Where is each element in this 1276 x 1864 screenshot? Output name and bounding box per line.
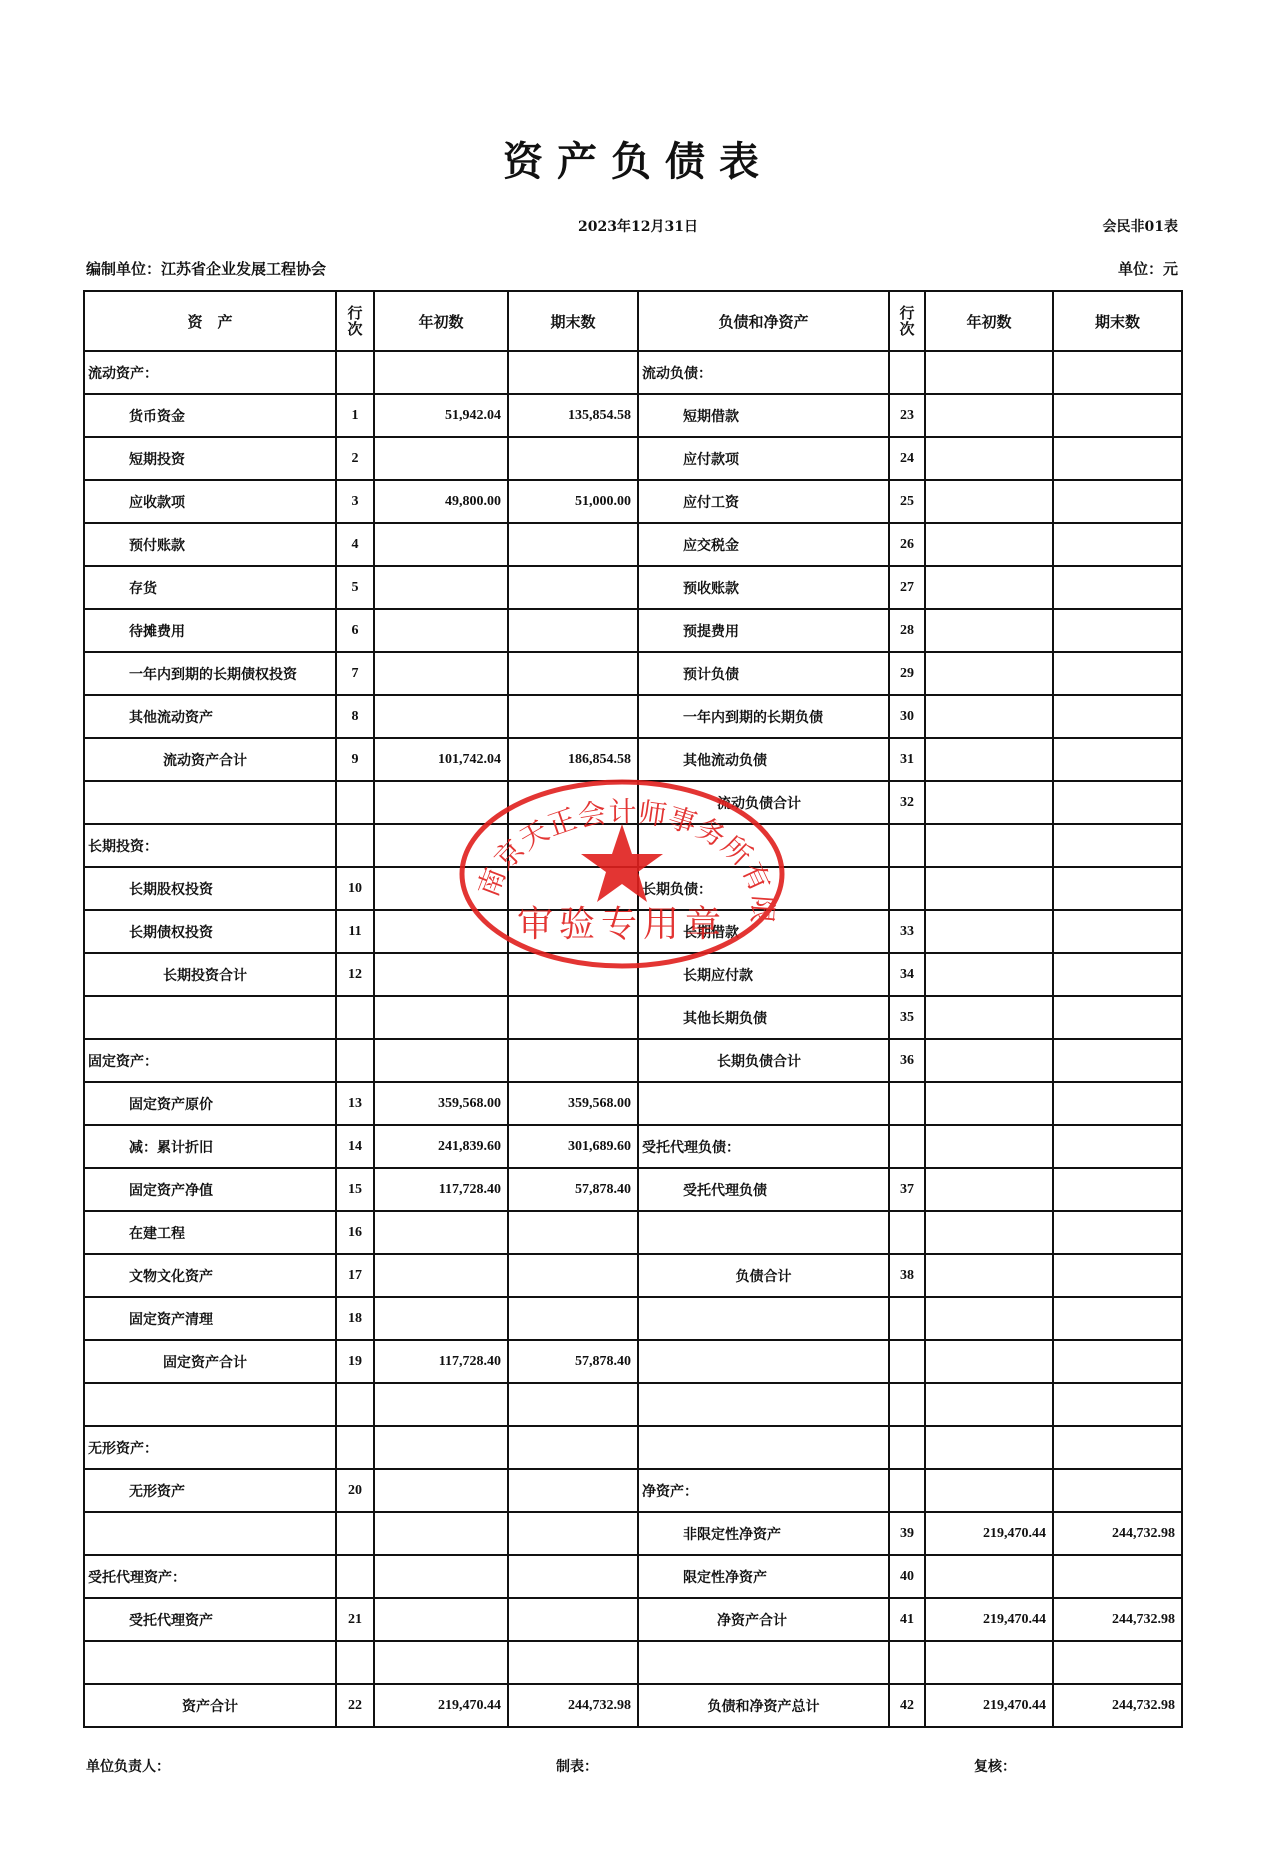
table-row: 固定资产净值15117,728.4057,878.40受托代理负债37 [84, 1168, 1182, 1211]
row-number [336, 1512, 374, 1555]
closing-value: 244,732.98 [508, 1684, 638, 1727]
opening-value [374, 824, 508, 867]
row-number [889, 1469, 925, 1512]
row-number [336, 781, 374, 824]
closing-value [508, 695, 638, 738]
opening-value [374, 1297, 508, 1340]
row-number [889, 351, 925, 394]
row-number [889, 1340, 925, 1383]
closing-value [508, 351, 638, 394]
row-number: 29 [889, 652, 925, 695]
table-row: 受托代理资产：限定性净资产40 [84, 1555, 1182, 1598]
opening-value [925, 351, 1053, 394]
row-number [889, 1383, 925, 1426]
row-number [889, 1211, 925, 1254]
closing-value [508, 824, 638, 867]
liability-label: 长期应付款 [638, 953, 889, 996]
asset-label: 无形资产 [84, 1469, 336, 1512]
liability-label: 应付工资 [638, 480, 889, 523]
opening-value [925, 523, 1053, 566]
table-row: 长期股权投资10长期负债： [84, 867, 1182, 910]
opening-value [374, 1512, 508, 1555]
closing-value [508, 523, 638, 566]
row-number: 23 [889, 394, 925, 437]
table-row: 固定资产：长期负债合计36 [84, 1039, 1182, 1082]
table-row: 存货5预收账款27 [84, 566, 1182, 609]
opening-value [925, 996, 1053, 1039]
liability-label: 流动负债： [638, 351, 889, 394]
closing-value [1053, 394, 1182, 437]
closing-value [508, 652, 638, 695]
opening-value [925, 1340, 1053, 1383]
liability-label: 应交税金 [638, 523, 889, 566]
asset-label: 文物文化资产 [84, 1254, 336, 1297]
row-number: 11 [336, 910, 374, 953]
opening-value [374, 1426, 508, 1469]
opening-value [925, 953, 1053, 996]
closing-value [1053, 738, 1182, 781]
opening-value [374, 1211, 508, 1254]
opening-value [374, 867, 508, 910]
header-closing: 期末数 [1053, 291, 1182, 351]
table-row: 固定资产原价13359,568.00359,568.00 [84, 1082, 1182, 1125]
liability-label: 应付款项 [638, 437, 889, 480]
row-number: 4 [336, 523, 374, 566]
row-number: 12 [336, 953, 374, 996]
opening-value: 219,470.44 [374, 1684, 508, 1727]
liability-label [638, 1641, 889, 1684]
header-row-no-text: 行 次 [343, 305, 367, 337]
row-number: 9 [336, 738, 374, 781]
closing-value [1053, 1211, 1182, 1254]
opening-value [925, 437, 1053, 480]
closing-value [1053, 1426, 1182, 1469]
closing-value [1053, 910, 1182, 953]
asset-label: 长期股权投资 [84, 867, 336, 910]
row-number [336, 1383, 374, 1426]
asset-label: 固定资产原价 [84, 1082, 336, 1125]
closing-value: 135,854.58 [508, 394, 638, 437]
closing-value [1053, 1641, 1182, 1684]
row-number: 22 [336, 1684, 374, 1727]
table-row: 货币资金151,942.04135,854.58短期借款23 [84, 394, 1182, 437]
asset-label [84, 1383, 336, 1426]
row-number [889, 1426, 925, 1469]
row-number: 28 [889, 609, 925, 652]
asset-label [84, 781, 336, 824]
closing-value [508, 1383, 638, 1426]
asset-label: 长期债权投资 [84, 910, 336, 953]
opening-value [925, 394, 1053, 437]
table-row [84, 1383, 1182, 1426]
header-row-no: 行 次 [336, 291, 374, 351]
row-number: 17 [336, 1254, 374, 1297]
table-row: 其他流动资产8一年内到期的长期负债30 [84, 695, 1182, 738]
header-assets: 资 产 [84, 291, 336, 351]
row-number: 20 [336, 1469, 374, 1512]
asset-label [84, 1512, 336, 1555]
table-row: 其他长期负债35 [84, 996, 1182, 1039]
closing-value [508, 1426, 638, 1469]
liability-label: 流动负债合计 [638, 781, 889, 824]
closing-value [508, 910, 638, 953]
row-number: 13 [336, 1082, 374, 1125]
row-number: 10 [336, 867, 374, 910]
row-number [336, 996, 374, 1039]
closing-value: 301,689.60 [508, 1125, 638, 1168]
footer-responsible: 单位负责人： [86, 1756, 170, 1776]
row-number: 39 [889, 1512, 925, 1555]
liability-label: 非限定性净资产 [638, 1512, 889, 1555]
table-row: 流动资产：流动负债： [84, 351, 1182, 394]
asset-label: 一年内到期的长期债权投资 [84, 652, 336, 695]
opening-value [374, 1039, 508, 1082]
opening-value [374, 609, 508, 652]
balance-sheet-table: 资 产 行 次 年初数 期末数 负债和净资产 行 次 年初数 期末数 流动资产：… [83, 290, 1183, 1728]
opening-value [925, 566, 1053, 609]
opening-value [925, 480, 1053, 523]
asset-label: 流动资产合计 [84, 738, 336, 781]
opening-value [925, 1641, 1053, 1684]
opening-value [925, 609, 1053, 652]
form-code: 会民非01表 [1103, 216, 1178, 236]
table-row: 非限定性净资产39219,470.44244,732.98 [84, 1512, 1182, 1555]
opening-value [925, 1039, 1053, 1082]
header-liabilities: 负债和净资产 [638, 291, 889, 351]
row-number [889, 1082, 925, 1125]
table-row: 固定资产合计19117,728.4057,878.40 [84, 1340, 1182, 1383]
row-number [889, 867, 925, 910]
asset-label: 固定资产合计 [84, 1340, 336, 1383]
row-number [889, 824, 925, 867]
row-number [336, 351, 374, 394]
closing-value [1053, 1297, 1182, 1340]
closing-value [508, 609, 638, 652]
closing-value [1053, 781, 1182, 824]
closing-value [508, 1254, 638, 1297]
row-number: 27 [889, 566, 925, 609]
asset-label: 无形资产： [84, 1426, 336, 1469]
liability-label: 长期借款 [638, 910, 889, 953]
opening-value [925, 1254, 1053, 1297]
row-number: 34 [889, 953, 925, 996]
closing-value [1053, 437, 1182, 480]
table-row: 流动资产合计9101,742.04186,854.58其他流动负债31 [84, 738, 1182, 781]
asset-label: 存货 [84, 566, 336, 609]
liability-label: 短期借款 [638, 394, 889, 437]
row-number: 2 [336, 437, 374, 480]
row-number: 24 [889, 437, 925, 480]
opening-value [374, 953, 508, 996]
closing-value [1053, 609, 1182, 652]
asset-label: 减：累计折旧 [84, 1125, 336, 1168]
row-number: 19 [336, 1340, 374, 1383]
header-opening: 年初数 [925, 291, 1053, 351]
closing-value [508, 566, 638, 609]
closing-value: 186,854.58 [508, 738, 638, 781]
table-row: 应收款项349,800.0051,000.00应付工资25 [84, 480, 1182, 523]
closing-value [1053, 1039, 1182, 1082]
header-opening: 年初数 [374, 291, 508, 351]
row-number: 5 [336, 566, 374, 609]
opening-value [374, 781, 508, 824]
asset-label: 资产合计 [84, 1684, 336, 1727]
closing-value [508, 781, 638, 824]
liability-label [638, 1426, 889, 1469]
row-number: 36 [889, 1039, 925, 1082]
row-number: 6 [336, 609, 374, 652]
closing-value [1053, 1555, 1182, 1598]
closing-value [1053, 652, 1182, 695]
row-number: 1 [336, 394, 374, 437]
row-number: 16 [336, 1211, 374, 1254]
opening-value [374, 1383, 508, 1426]
row-number: 3 [336, 480, 374, 523]
liability-label: 限定性净资产 [638, 1555, 889, 1598]
table-row: 减：累计折旧14241,839.60301,689.60受托代理负债： [84, 1125, 1182, 1168]
opening-value [374, 1254, 508, 1297]
opening-value [925, 1426, 1053, 1469]
footer-preparer: 制表： [556, 1756, 598, 1776]
opening-value [925, 1082, 1053, 1125]
header-closing: 期末数 [508, 291, 638, 351]
opening-value [925, 781, 1053, 824]
row-number: 15 [336, 1168, 374, 1211]
asset-label: 受托代理资产 [84, 1598, 336, 1641]
liability-label [638, 1211, 889, 1254]
table-row: 资产合计22219,470.44244,732.98负债和净资产总计42219,… [84, 1684, 1182, 1727]
row-number [336, 1039, 374, 1082]
opening-value: 219,470.44 [925, 1598, 1053, 1641]
opening-value: 219,470.44 [925, 1512, 1053, 1555]
opening-value [925, 867, 1053, 910]
opening-value [374, 437, 508, 480]
closing-value [1053, 695, 1182, 738]
asset-label [84, 996, 336, 1039]
header-row-no-text: 行 次 [896, 305, 918, 337]
opening-value [374, 566, 508, 609]
asset-label: 货币资金 [84, 394, 336, 437]
table-row: 无形资产20净资产： [84, 1469, 1182, 1512]
asset-label: 固定资产净值 [84, 1168, 336, 1211]
table-row: 长期债权投资11长期借款33 [84, 910, 1182, 953]
header-row-no: 行 次 [889, 291, 925, 351]
opening-value [925, 1555, 1053, 1598]
liability-label: 其他流动负债 [638, 738, 889, 781]
row-number: 31 [889, 738, 925, 781]
asset-label: 待摊费用 [84, 609, 336, 652]
table-row [84, 1641, 1182, 1684]
closing-value [508, 953, 638, 996]
currency-unit: 单位：元 [1118, 258, 1178, 279]
table-row: 无形资产： [84, 1426, 1182, 1469]
opening-value [374, 1598, 508, 1641]
asset-label: 长期投资合计 [84, 953, 336, 996]
preparing-unit: 编制单位：江苏省企业发展工程协会 [86, 258, 326, 279]
opening-value [925, 1469, 1053, 1512]
closing-value [1053, 566, 1182, 609]
liability-label: 长期负债合计 [638, 1039, 889, 1082]
asset-label: 固定资产清理 [84, 1297, 336, 1340]
opening-value: 359,568.00 [374, 1082, 508, 1125]
closing-value [1053, 1125, 1182, 1168]
liability-label [638, 1082, 889, 1125]
opening-value: 51,942.04 [374, 394, 508, 437]
table-row: 预付账款4应交税金26 [84, 523, 1182, 566]
opening-value [925, 910, 1053, 953]
closing-value: 57,878.40 [508, 1340, 638, 1383]
asset-label: 固定资产： [84, 1039, 336, 1082]
liability-label [638, 1297, 889, 1340]
closing-value: 51,000.00 [508, 480, 638, 523]
liability-label [638, 824, 889, 867]
page-title: 资产负债表 [0, 130, 1276, 187]
opening-value [374, 910, 508, 953]
row-number: 33 [889, 910, 925, 953]
closing-value [1053, 1082, 1182, 1125]
closing-value [508, 1039, 638, 1082]
row-number: 26 [889, 523, 925, 566]
opening-value [374, 523, 508, 566]
liability-label: 其他长期负债 [638, 996, 889, 1039]
closing-value [1053, 1469, 1182, 1512]
table-row: 文物文化资产17负债合计38 [84, 1254, 1182, 1297]
row-number: 40 [889, 1555, 925, 1598]
opening-value [925, 738, 1053, 781]
report-date: 2023年12月31日 [0, 216, 1276, 236]
closing-value [1053, 867, 1182, 910]
opening-value [374, 996, 508, 1039]
liability-label: 净资产： [638, 1469, 889, 1512]
row-number: 30 [889, 695, 925, 738]
asset-label: 预付账款 [84, 523, 336, 566]
row-number: 41 [889, 1598, 925, 1641]
row-number [889, 1641, 925, 1684]
row-number: 38 [889, 1254, 925, 1297]
row-number: 8 [336, 695, 374, 738]
closing-value: 244,732.98 [1053, 1512, 1182, 1555]
closing-value [508, 996, 638, 1039]
opening-value [925, 652, 1053, 695]
footer-reviewer: 复核： [974, 1756, 1016, 1776]
opening-value [374, 652, 508, 695]
row-number: 25 [889, 480, 925, 523]
liability-label: 受托代理负债： [638, 1125, 889, 1168]
opening-value [374, 351, 508, 394]
table-row: 短期投资2应付款项24 [84, 437, 1182, 480]
opening-value [925, 1383, 1053, 1426]
row-number [336, 1555, 374, 1598]
asset-label [84, 1641, 336, 1684]
opening-value [925, 1125, 1053, 1168]
closing-value [1053, 1340, 1182, 1383]
row-number: 37 [889, 1168, 925, 1211]
liability-label: 负债和净资产总计 [638, 1684, 889, 1727]
closing-value: 244,732.98 [1053, 1598, 1182, 1641]
asset-label: 应收款项 [84, 480, 336, 523]
closing-value [508, 1297, 638, 1340]
closing-value [1053, 996, 1182, 1039]
asset-label: 流动资产： [84, 351, 336, 394]
closing-value: 57,878.40 [508, 1168, 638, 1211]
row-number [889, 1297, 925, 1340]
table-row: 一年内到期的长期债权投资7预计负债29 [84, 652, 1182, 695]
table-row: 在建工程16 [84, 1211, 1182, 1254]
liability-label: 受托代理负债 [638, 1168, 889, 1211]
opening-value [925, 824, 1053, 867]
liability-label [638, 1340, 889, 1383]
liability-label: 长期负债： [638, 867, 889, 910]
row-number: 21 [336, 1598, 374, 1641]
closing-value [1053, 1168, 1182, 1211]
opening-value [374, 695, 508, 738]
row-number [336, 824, 374, 867]
table-row: 固定资产清理18 [84, 1297, 1182, 1340]
asset-label: 在建工程 [84, 1211, 336, 1254]
opening-value [374, 1641, 508, 1684]
closing-value [1053, 824, 1182, 867]
liability-label: 负债合计 [638, 1254, 889, 1297]
opening-value: 241,839.60 [374, 1125, 508, 1168]
opening-value [374, 1469, 508, 1512]
asset-label: 受托代理资产： [84, 1555, 336, 1598]
row-number: 32 [889, 781, 925, 824]
row-number [336, 1641, 374, 1684]
asset-label: 短期投资 [84, 437, 336, 480]
row-number: 42 [889, 1684, 925, 1727]
closing-value [1053, 480, 1182, 523]
table-row: 流动负债合计32 [84, 781, 1182, 824]
liability-label: 净资产合计 [638, 1598, 889, 1641]
asset-label: 长期投资： [84, 824, 336, 867]
opening-value [925, 1297, 1053, 1340]
row-number: 35 [889, 996, 925, 1039]
closing-value [508, 1598, 638, 1641]
table-row: 受托代理资产21净资产合计41219,470.44244,732.98 [84, 1598, 1182, 1641]
closing-value [508, 437, 638, 480]
opening-value: 117,728.40 [374, 1340, 508, 1383]
closing-value [508, 1469, 638, 1512]
table-header-row: 资 产 行 次 年初数 期末数 负债和净资产 行 次 年初数 期末数 [84, 291, 1182, 351]
closing-value [1053, 1383, 1182, 1426]
closing-value [508, 1512, 638, 1555]
opening-value [925, 1168, 1053, 1211]
opening-value [925, 1211, 1053, 1254]
liability-label: 一年内到期的长期负债 [638, 695, 889, 738]
row-number: 7 [336, 652, 374, 695]
row-number [889, 1125, 925, 1168]
table-row: 待摊费用6预提费用28 [84, 609, 1182, 652]
opening-value: 117,728.40 [374, 1168, 508, 1211]
closing-value [1053, 953, 1182, 996]
liability-label: 预收账款 [638, 566, 889, 609]
liability-label: 预计负债 [638, 652, 889, 695]
opening-value: 219,470.44 [925, 1684, 1053, 1727]
closing-value: 244,732.98 [1053, 1684, 1182, 1727]
liability-label [638, 1383, 889, 1426]
row-number [336, 1426, 374, 1469]
table-row: 长期投资： [84, 824, 1182, 867]
closing-value [1053, 523, 1182, 566]
closing-value [508, 1211, 638, 1254]
closing-value [1053, 1254, 1182, 1297]
opening-value [374, 1555, 508, 1598]
row-number: 18 [336, 1297, 374, 1340]
closing-value [1053, 351, 1182, 394]
table-row: 长期投资合计12长期应付款34 [84, 953, 1182, 996]
asset-label: 其他流动资产 [84, 695, 336, 738]
opening-value: 49,800.00 [374, 480, 508, 523]
